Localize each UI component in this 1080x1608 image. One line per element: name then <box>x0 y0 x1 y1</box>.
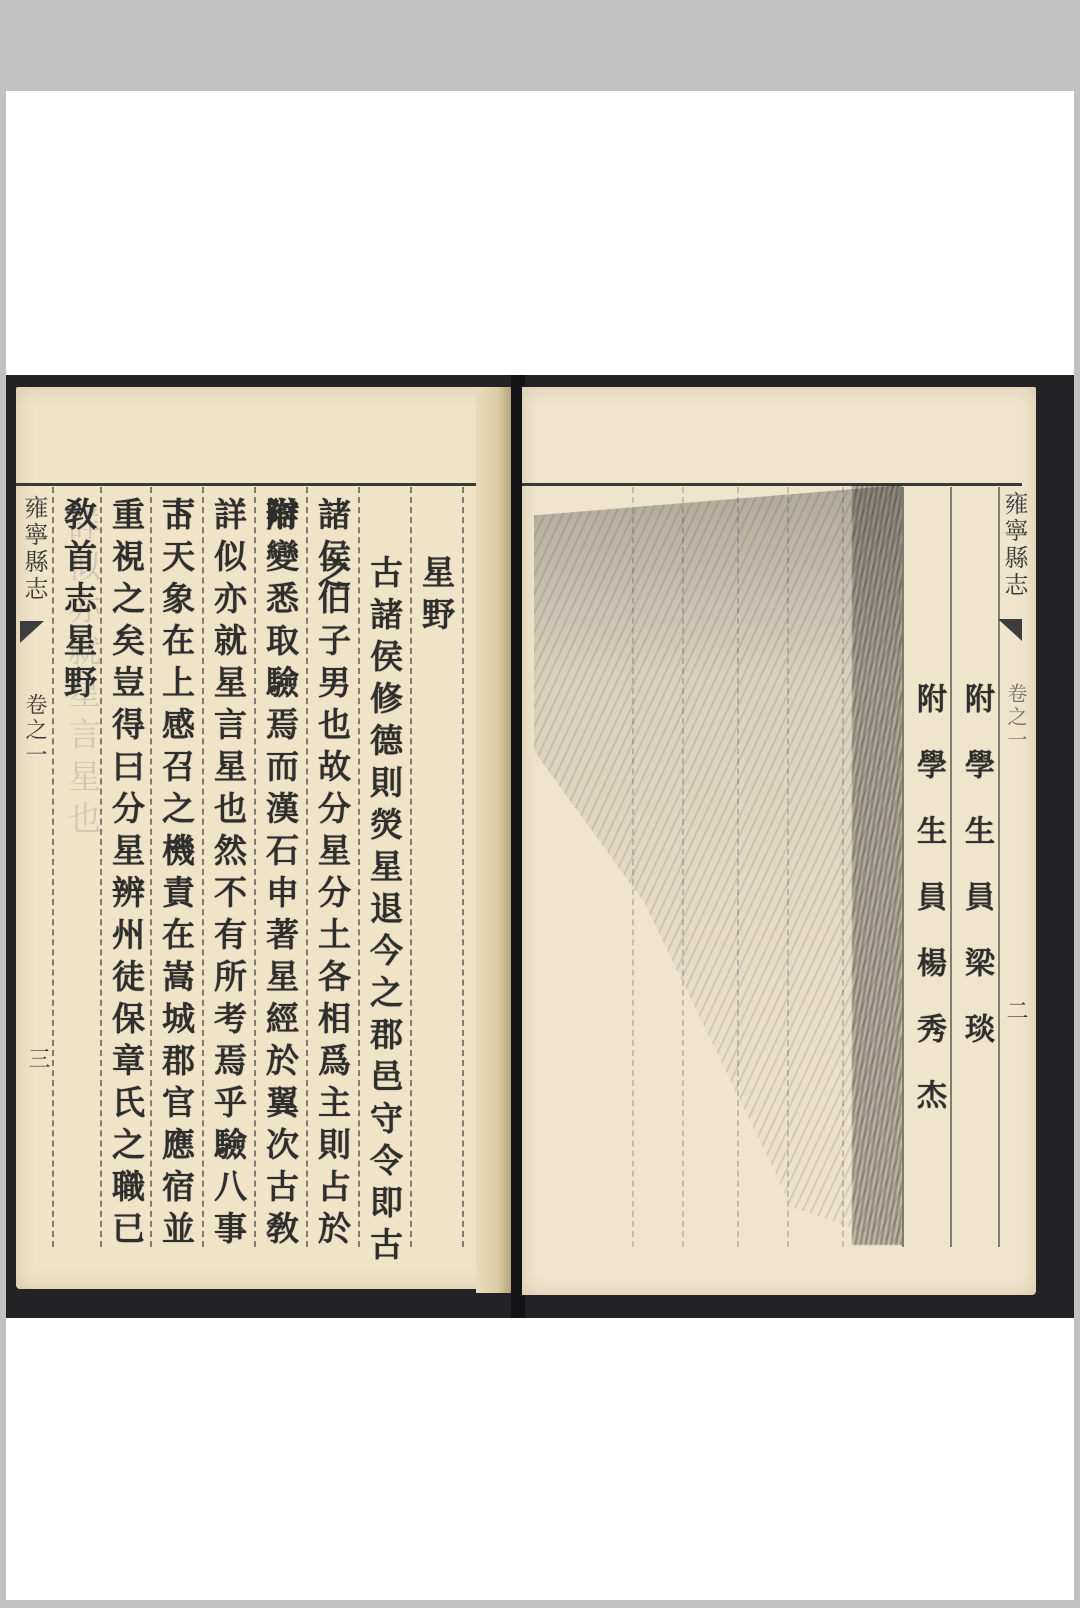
right-margin-title: 雍寧縣志 <box>1000 491 1028 599</box>
page-gutter <box>476 387 516 1293</box>
text-column: 下天象在上感召之機責在嵩城郡官應宿並 <box>150 497 202 1253</box>
left-margin-volume: 卷之一 <box>20 693 48 768</box>
text-column: 附學生員梁琰 <box>950 683 1002 1079</box>
faint-column-rule <box>737 487 739 1247</box>
faint-column-rule <box>632 487 634 1247</box>
section-title: 星野 <box>410 555 462 639</box>
fish-tail-icon <box>998 619 1022 641</box>
text-column: 重視之矣豈得曰分星辨州徒保章氏之職已 <box>100 497 152 1253</box>
text-column: 附變悉取驗焉而漢石申著星經於翼次古敎 <box>254 497 306 1253</box>
left-margin-title: 雍寧縣志 <box>20 495 48 603</box>
faint-column-rule <box>842 487 844 1247</box>
faint-column-rule <box>682 487 684 1247</box>
right-page: 雍寧縣志 卷之一 二 附學生員梁琰 附學生員楊秀杰 <box>522 387 1036 1295</box>
text-column: 敎首志星野 <box>52 497 104 707</box>
fish-tail-icon <box>20 621 44 643</box>
right-folio: 二 <box>1000 999 1031 1023</box>
faint-column-rule <box>787 487 789 1247</box>
left-folio: 三 <box>22 1047 53 1071</box>
text-column: 古諸侯修德則熒星退今之郡邑守令即古之 <box>358 555 410 1289</box>
left-page: 雍寧縣志 卷之一 三 詳似亦就星言星也 雍寧縣志卷之一 星野 古諸侯修德則熒星退… <box>16 387 514 1289</box>
right-margin-volume: 卷之一 <box>1002 683 1030 752</box>
ink-rubbing-edge <box>852 485 902 1245</box>
text-column: 詳似亦就星言星也然不有所考焉乎驗八事古 <box>202 497 254 1289</box>
text-column: 諸侯伯子男也故分星分土各相爲主則占於辯 <box>306 497 358 1289</box>
text-column: 附學生員楊秀杰 <box>902 683 954 1145</box>
book-scan: 雍寧縣志 卷之一 三 詳似亦就星言星也 雍寧縣志卷之一 星野 古諸侯修德則熒星退… <box>6 375 1074 1318</box>
